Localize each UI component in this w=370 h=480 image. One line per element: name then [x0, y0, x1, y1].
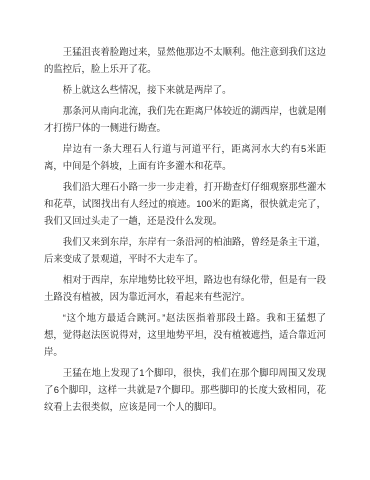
paragraph: 我们又来到东岸，东岸有一条沿河的柏油路，曾经是条主干道，后来变成了景观道，平时不…: [44, 233, 326, 267]
paragraph: 那条河从南向北流，我们先在距离尸体较近的湖西岸，也就是刚才打捞尸体的一侧进行勘查…: [44, 102, 326, 136]
paragraph: 岸边有一条大理石人行道与河道平行，距离河水大约有5米距离，中间是个斜坡，上面有许…: [44, 140, 326, 174]
paragraph: 相对于西岸，东岸地势比较平坦，路边也有绿化带，但是有一段土路没有植被，因为靠近河…: [44, 271, 326, 305]
paragraph: 桥上就这么些情况，接下来就是两岸了。: [44, 81, 326, 98]
reader-page: 王猛沮丧着脸跑过来，显然他那边不太顺利。他注意到我们这边的监控后，脸上乐开了花。…: [0, 0, 370, 480]
paragraph: “这个地方最适合跳河。”赵法医指着那段土路。我和王猛想了想，觉得赵法医说得对，这…: [44, 309, 326, 360]
paragraph: 王猛沮丧着脸跑过来，显然他那边不太顺利。他注意到我们这边的监控后，脸上乐开了花。: [44, 43, 326, 77]
paragraph: 我们沿大理石小路一步一步走着，打开勘查灯仔细观察那些灌木和花草，试图找出有人经过…: [44, 178, 326, 229]
paragraph: 王猛在地上发现了1个脚印，很快，我们在那个脚印周围又发现了6个脚印，这样一共就是…: [44, 364, 326, 415]
